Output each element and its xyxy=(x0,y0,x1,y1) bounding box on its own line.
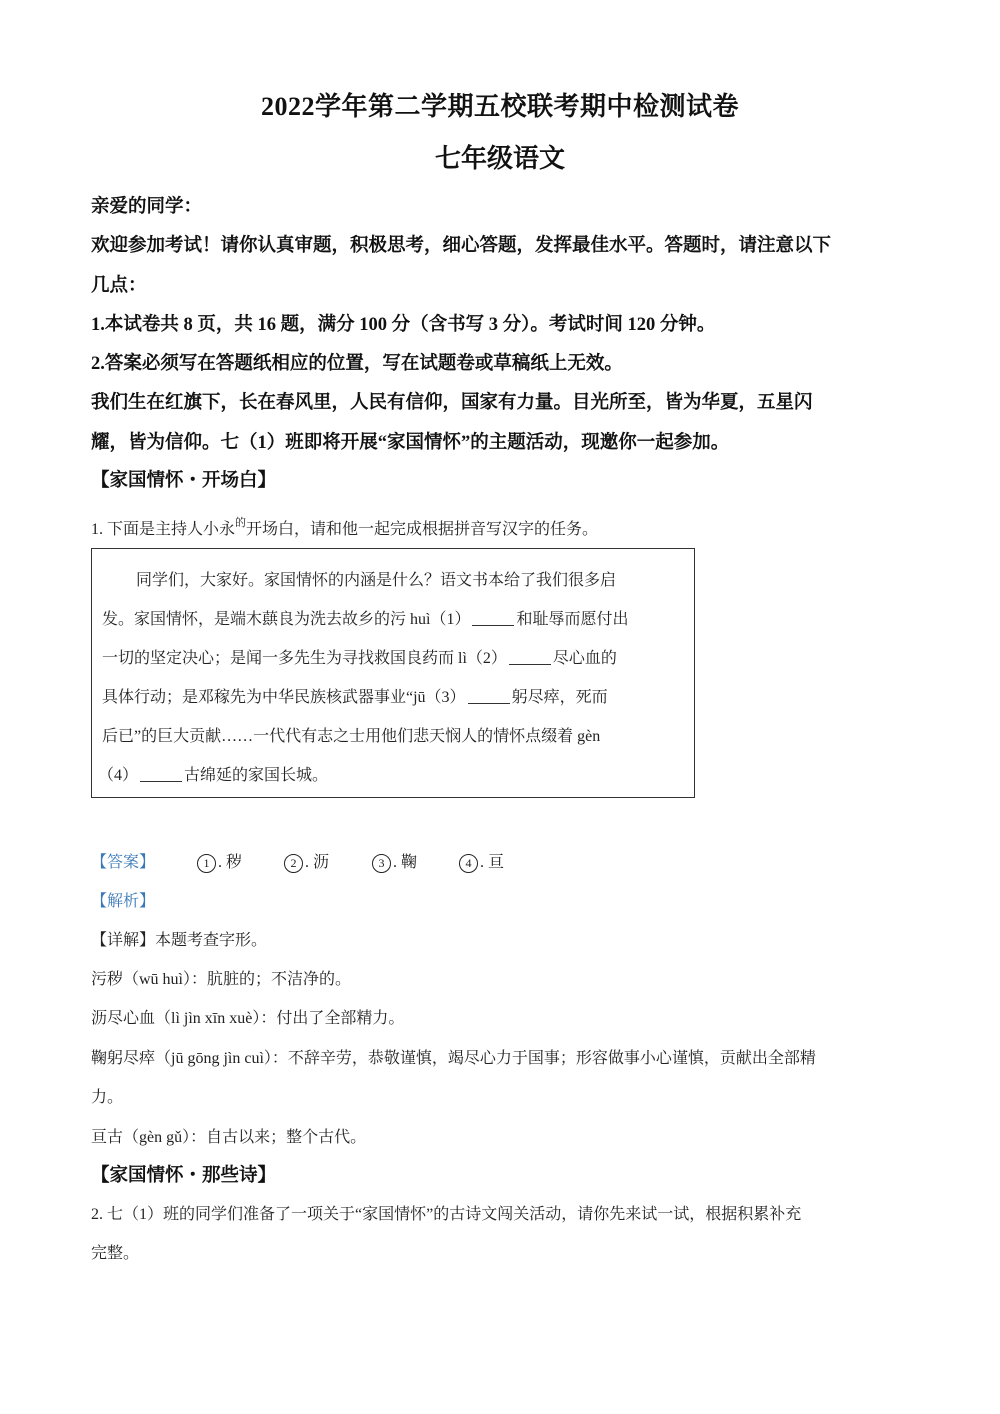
fill-blank-4 xyxy=(140,767,182,782)
box-line-5: 后已”的巨大贡献……一代代有志之士用他们悲天悯人的情怀点缀着 gèn xyxy=(102,723,600,746)
exam-page: 2022学年第二学期五校联考期中检测试卷 七年级语文 亲爱的同学： 欢迎参加考试… xyxy=(0,0,1000,1414)
box-line-4-text-b: 躬尽瘁，死而 xyxy=(512,689,608,706)
answer-item-4: 4. 亘 xyxy=(459,849,504,873)
box-line-6-text-b: 古绵延的家国长城。 xyxy=(184,767,328,784)
greeting: 亲爱的同学： xyxy=(91,192,202,218)
detail-line-5: 力。 xyxy=(91,1084,123,1107)
box-line-3-text-a: 一切的坚定决心；是闻一多先生为寻找救国良药而 lì（2） xyxy=(102,650,507,667)
question-1-prefix: 1. 下面是主持人小永 xyxy=(91,521,235,538)
answer-text-3: . 鞠 xyxy=(393,854,417,871)
box-line-3-text-b: 尽心血的 xyxy=(553,650,617,667)
question-2-line-1: 2. 七（1）班的同学们准备了一项关于“家国情怀”的古诗文闯关活动，请你先来试一… xyxy=(91,1201,801,1224)
detail-line-1: 【详解】本题考查字形。 xyxy=(91,927,267,950)
answer-text-1: . 秽 xyxy=(218,854,242,871)
section-heading-opening: 【家国情怀・开场白】 xyxy=(91,466,276,492)
theme-line-2: 耀，皆为信仰。七（1）班即将开展“家国情怀”的主题活动，现邀你一起参加。 xyxy=(91,428,729,454)
exam-title: 2022学年第二学期五校联考期中检测试卷 xyxy=(0,86,1000,123)
exam-subtitle: 七年级语文 xyxy=(0,138,1000,175)
question-1-suffix: 开场白，请和他一起完成根据拼音写汉字的任务。 xyxy=(246,521,598,538)
answer-item-1: 1. 秽 xyxy=(197,849,242,873)
question-2-line-2: 完整。 xyxy=(91,1240,139,1263)
circled-number-icon: 1 xyxy=(197,854,216,873)
fill-blank-3 xyxy=(468,689,510,704)
box-line-2-text-b: 和耻辱而愿付出 xyxy=(516,611,628,628)
box-line-6-text-a: （4） xyxy=(98,767,138,784)
detail-line-3: 沥尽心血（lì jìn xīn xuè）：付出了全部精力。 xyxy=(91,1005,404,1028)
question-1-sup: 的 xyxy=(235,517,246,529)
box-line-4-text-a: 具体行动；是邓稼先为中华民族核武器事业“jū（3） xyxy=(102,689,466,706)
circled-number-icon: 3 xyxy=(372,854,391,873)
answer-item-3: 3. 鞠 xyxy=(372,849,417,873)
circled-number-icon: 4 xyxy=(459,854,478,873)
box-line-2-text-a: 发。家国情怀，是端木蕻良为洗去故乡的污 huì（1） xyxy=(102,611,470,628)
welcome-line-1: 欢迎参加考试！请你认真审题，积极思考，细心答题，发挥最佳水平。答题时，请注意以下 xyxy=(91,231,831,257)
opening-speech-box: 同学们，大家好。家国情怀的内涵是什么？语文书本给了我们很多启 发。家国情怀，是端… xyxy=(91,548,695,798)
detail-line-6: 亘古（gèn gǔ）：自古以来；整个古代。 xyxy=(91,1124,366,1147)
analysis-label: 【解析】 xyxy=(91,888,155,911)
question-1: 1. 下面是主持人小永的开场白，请和他一起完成根据拼音写汉字的任务。 xyxy=(91,514,598,539)
detail-line-2: 污秽（wū huì）：肮脏的；不洁净的。 xyxy=(91,966,351,989)
fill-blank-1 xyxy=(472,611,514,626)
answer-text-4: . 亘 xyxy=(480,854,504,871)
answer-text-2: . 沥 xyxy=(305,854,329,871)
box-line-4: 具体行动；是邓稼先为中华民族核武器事业“jū（3）躬尽瘁，死而 xyxy=(102,684,608,707)
fill-blank-2 xyxy=(509,650,551,665)
box-line-6: （4）古绵延的家国长城。 xyxy=(98,762,328,785)
detail-line-4: 鞠躬尽瘁（jū gōng jìn cuì）：不辞辛劳，恭敬谨慎，竭尽心力于国事；… xyxy=(91,1045,816,1068)
answer-item-2: 2. 沥 xyxy=(284,849,329,873)
rule-1: 1.本试卷共 8 页，共 16 题，满分 100 分（含书写 3 分）。考试时间… xyxy=(91,310,715,336)
section-heading-poems: 【家国情怀・那些诗】 xyxy=(91,1161,276,1187)
box-line-2: 发。家国情怀，是端木蕻良为洗去故乡的污 huì（1）和耻辱而愿付出 xyxy=(102,606,628,629)
answer-label: 【答案】 xyxy=(91,849,155,872)
box-line-1: 同学们，大家好。家国情怀的内涵是什么？语文书本给了我们很多启 xyxy=(136,567,616,590)
welcome-line-2: 几点： xyxy=(91,271,147,297)
rule-2: 2.答案必须写在答题纸相应的位置，写在试题卷或草稿纸上无效。 xyxy=(91,349,623,375)
circled-number-icon: 2 xyxy=(284,854,303,873)
theme-line-1: 我们生在红旗下，长在春风里，人民有信仰，国家有力量。目光所至，皆为华夏，五星闪 xyxy=(91,388,813,414)
box-line-3: 一切的坚定决心；是闻一多先生为寻找救国良药而 lì（2）尽心血的 xyxy=(102,645,617,668)
